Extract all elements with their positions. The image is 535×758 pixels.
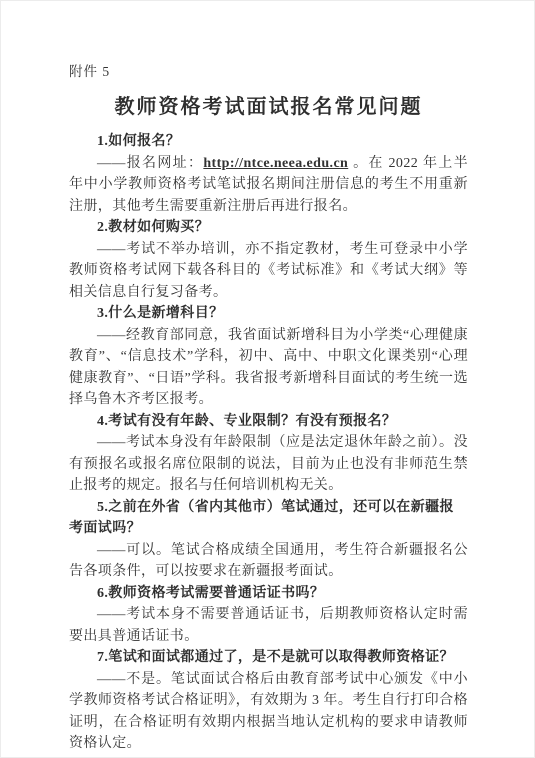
attachment-label: 附件 5 <box>69 61 468 83</box>
question-3: 3.什么是新增科目？ <box>69 303 468 325</box>
question-2: 2.教材如何购买？ <box>69 217 468 239</box>
answer-1: ——报名网址：http://ntce.neea.edu.cn 。在 2022 年… <box>69 153 468 218</box>
answer-1-prefix: ——报名网址： <box>97 156 203 171</box>
question-5: 5.之前在外省（省内其他市）笔试通过，还可以在新疆报考面试吗？ <box>69 497 468 540</box>
document-page: 附件 5 教师资格考试面试报名常见问题 1.如何报名？ ——报名网址：http:… <box>0 0 535 758</box>
answer-7: ——不是。笔试面试合格后由教育部考试中心颁发《中小学教师资格考试合格证明》，有效… <box>69 669 468 755</box>
question-1: 1.如何报名？ <box>69 131 468 153</box>
answer-5: ——可以。笔试合格成绩全国通用，考生符合新疆报名公告各项条件，可以按要求在新疆报… <box>69 540 468 583</box>
question-6: 6.教师资格考试需要普通话证书吗？ <box>69 583 468 605</box>
page-title: 教师资格考试面试报名常见问题 <box>69 91 468 123</box>
registration-url-link[interactable]: http://ntce.neea.edu.cn <box>203 156 348 171</box>
answer-2: ——考试不举办培训，亦不指定教材，考生可登录中小学教师资格考试网下载各科目的《考… <box>69 239 468 304</box>
question-7: 7.笔试和面试都通过了，是不是就可以取得教师资格证？ <box>69 647 468 669</box>
answer-3: ——经教育部同意，我省面试新增科目为小学类“心理健康教育”、“信息技术”学科，初… <box>69 325 468 411</box>
question-4: 4.考试有没有年龄、专业限制？有没有预报名？ <box>69 411 468 433</box>
answer-6: ——考试本身不需要普通话证书，后期教师资格认定时需要出具普通话证书。 <box>69 604 468 647</box>
faq-body: 1.如何报名？ ——报名网址：http://ntce.neea.edu.cn 。… <box>69 131 468 755</box>
answer-4: ——考试本身没有年龄限制（应是法定退休年龄之前）。没有预报名或报名席位限制的说法… <box>69 432 468 497</box>
